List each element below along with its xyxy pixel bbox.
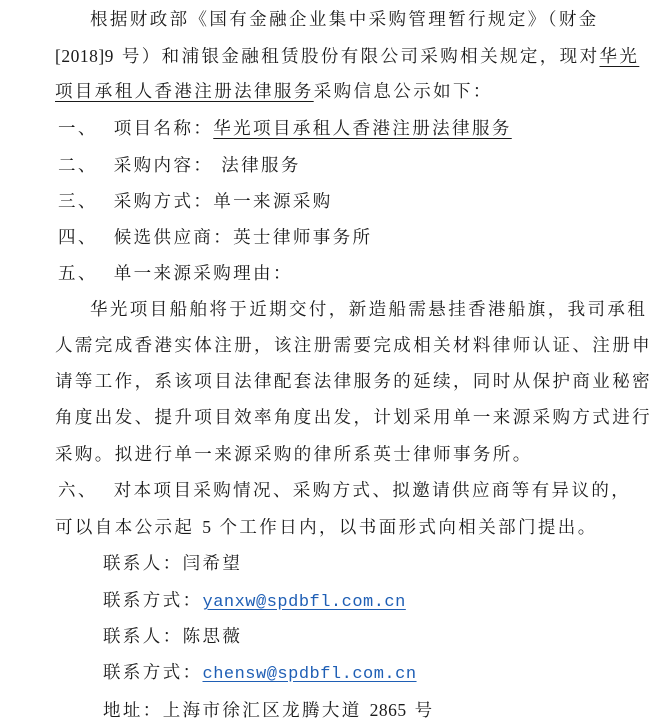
intro-text: 根据财政部《国有金融企业集中采购管理暂行规定》（财金 xyxy=(90,10,599,30)
item-value: 英士律师事务所 xyxy=(233,228,372,248)
reason-line-2: 人需完成香港实体注册，该注册需要完成相关材料律师认证、注册申 xyxy=(55,334,652,358)
item-number: 二、 xyxy=(58,156,98,176)
address-label: 地址： xyxy=(103,701,163,720)
item-method: 三、 采购方式：单一来源采购 xyxy=(58,190,333,214)
objection-text: 可以自本公示起 xyxy=(55,518,194,538)
intro-line-3: 项目承租人香港注册法律服务采购信息公示如下： xyxy=(55,80,493,104)
intro-line-1: 根据财政部《国有金融企业集中采购管理暂行规定》（财金 xyxy=(90,8,599,32)
item-value: 法律服务 xyxy=(213,156,301,176)
intro-text: 采购信息公示如下： xyxy=(314,82,493,102)
item-label: 候选供应商： xyxy=(114,228,233,248)
item-number: 六、 xyxy=(58,481,98,501)
item-reason-heading: 五、 单一来源采购理由： xyxy=(58,262,293,286)
reason-line-5: 采购。拟进行单一来源采购的律所系英士律师事务所。 xyxy=(55,443,533,467)
objection-text: 对本项目采购情况、采购方式、拟邀请供应商等有异议的， xyxy=(114,481,631,501)
item-project-name: 一、 项目名称：华光项目承租人香港注册法律服务 xyxy=(58,117,512,141)
contact-name: 陈思薇 xyxy=(183,627,243,647)
regulation-code: [2018]9 xyxy=(55,46,114,66)
contact-person-1: 联系人：闫希望 xyxy=(103,552,242,576)
objection-text: 个工作日内，以书面形式向相关部门提出。 xyxy=(220,518,598,538)
item-number: 一、 xyxy=(58,119,98,139)
email-link-chensw[interactable]: chensw@spdbfl.com.cn xyxy=(203,665,417,684)
reason-line-3: 请等工作，系该项目法律配套法律服务的延续，同时从保护商业秘密 xyxy=(55,370,652,394)
reason-line-4: 角度出发、提升项目效率角度出发，计划采用单一来源采购方式进行 xyxy=(55,406,652,430)
intro-text: 号）和浦银金融租赁股份有限公司采购相关规定，现对 xyxy=(122,47,600,67)
project-name-part1: 华光 xyxy=(599,47,639,67)
address-line: 地址：上海市徐汇区龙腾大道 2865 号 xyxy=(103,698,435,720)
objection-line-2: 可以自本公示起 5 个工作日内，以书面形式向相关部门提出。 xyxy=(55,515,598,540)
item-label: 项目名称： xyxy=(114,119,214,139)
item-number: 四、 xyxy=(58,228,98,248)
address-number: 2865 xyxy=(370,700,407,720)
contact-method-label: 联系方式： xyxy=(103,591,203,611)
contact-label: 联系人： xyxy=(103,627,183,647)
intro-line-2: [2018]9 号）和浦银金融租赁股份有限公司采购相关规定，现对华光 xyxy=(55,44,639,69)
item-label: 采购方式： xyxy=(114,192,214,212)
contact-person-2: 联系人：陈思薇 xyxy=(103,625,242,649)
item-value: 单一来源采购 xyxy=(213,192,332,212)
item-content: 二、 采购内容： 法律服务 xyxy=(58,154,301,178)
business-days-count: 5 xyxy=(202,517,211,537)
reason-line-1: 华光项目船舶将于近期交付，新造船需悬挂香港船旗，我司承租 xyxy=(90,298,647,322)
project-name-part2: 项目承租人香港注册法律服务 xyxy=(55,82,314,102)
objection-line-1: 六、 对本项目采购情况、采购方式、拟邀请供应商等有异议的， xyxy=(58,479,631,503)
address-suffix: 号 xyxy=(415,701,435,720)
email-link-yanxw[interactable]: yanxw@spdbfl.com.cn xyxy=(203,593,406,612)
address-value: 上海市徐汇区龙腾大道 xyxy=(163,701,362,720)
item-number: 三、 xyxy=(58,192,98,212)
item-supplier: 四、 候选供应商：英士律师事务所 xyxy=(58,226,372,250)
contact-method-label: 联系方式： xyxy=(103,663,203,683)
item-label: 单一来源采购理由： xyxy=(114,264,293,284)
contact-name: 闫希望 xyxy=(183,554,243,574)
contact-label: 联系人： xyxy=(103,554,183,574)
contact-method-1: 联系方式：yanxw@spdbfl.com.cn xyxy=(103,589,406,615)
item-number: 五、 xyxy=(58,264,98,284)
item-label: 采购内容： xyxy=(114,156,214,176)
contact-method-2: 联系方式：chensw@spdbfl.com.cn xyxy=(103,661,417,687)
item-value: 华光项目承租人香港注册法律服务 xyxy=(213,119,512,139)
